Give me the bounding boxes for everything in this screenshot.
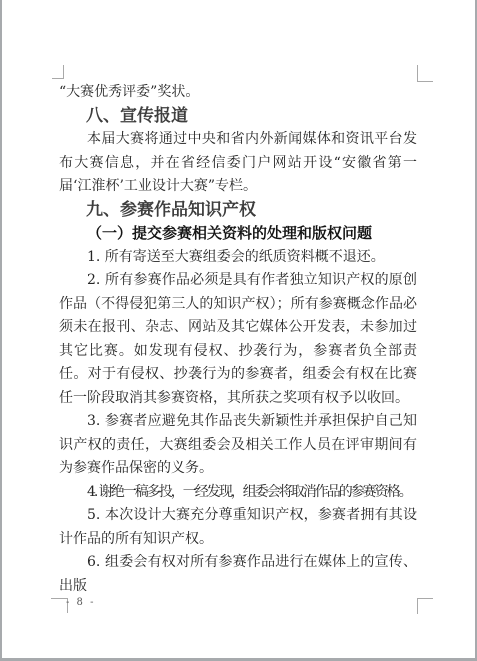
document-heading[interactable]: 九、参赛作品知识产权 bbox=[59, 199, 417, 223]
document-heading[interactable]: 八、宣传报道 bbox=[59, 105, 417, 129]
text-boundary-mark-top-left bbox=[52, 65, 64, 79]
document-heading[interactable]: （一）提交参赛相关资料的处理和版权问题 bbox=[59, 222, 417, 246]
document-page[interactable]: “大赛优秀评委”奖状。八、宣传报道本届大赛将通过中央和省内外新闻媒体和资讯平台发… bbox=[2, 0, 475, 658]
text-boundary-mark-top-right bbox=[417, 65, 433, 82]
document-body[interactable]: “大赛优秀评委”奖状。八、宣传报道本届大赛将通过中央和省内外新闻媒体和资讯平台发… bbox=[59, 81, 417, 598]
document-paragraph[interactable]: 3. 参赛者应避免其作品丧失新颖性并承担保护自己知识产权的责任，大赛组委会及相关… bbox=[59, 410, 417, 481]
document-viewport: “大赛优秀评委”奖状。八、宣传报道本届大赛将通过中央和省内外新闻媒体和资讯平台发… bbox=[0, 0, 477, 661]
document-paragraph[interactable]: 4. 谢绝一稿多投，一经发现，组委会将取消作品的参赛资格。 bbox=[59, 481, 417, 505]
document-paragraph[interactable]: 6. 组委会有权对所有参赛作品进行在媒体上的宣传、出版 bbox=[59, 551, 417, 598]
page-number: - 8 - bbox=[66, 597, 95, 608]
document-paragraph[interactable]: 2. 所有参赛作品必须是具有作者独立知识产权的原创作品（不得侵犯第三人的知识产权… bbox=[59, 269, 417, 410]
document-paragraph[interactable]: 1. 所有寄送至大赛组委会的纸质资料概不退还。 bbox=[59, 246, 417, 270]
document-paragraph[interactable]: “大赛优秀评委”奖状。 bbox=[59, 81, 417, 105]
document-paragraph[interactable]: 本届大赛将通过中央和省内外新闻媒体和资讯平台发布大赛信息，并在省经信委门户网站开… bbox=[59, 128, 417, 199]
text-boundary-mark-bottom-right bbox=[417, 598, 433, 614]
document-paragraph[interactable]: 5. 本次设计大赛充分尊重知识产权，参赛者拥有其设计作品的所有知识产权。 bbox=[59, 504, 417, 551]
